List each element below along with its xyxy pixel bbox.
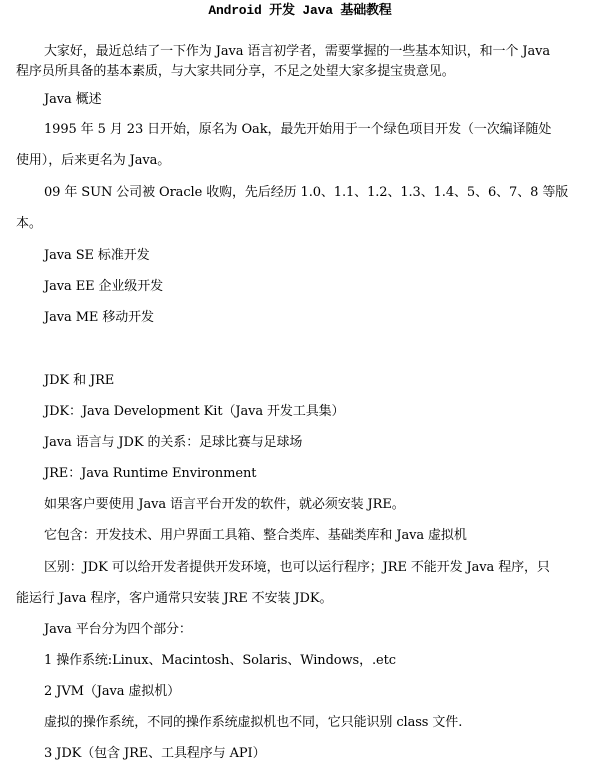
text-line: 能运行 Java 程序，客户通常只安装 JRE 不安装 JDK。 (16, 590, 332, 608)
text-line: Java 概述 (44, 91, 102, 109)
text-line: 本。 (16, 215, 42, 233)
text-line: 大家好，最近总结了一下作为 Java 语言初学者，需要掌握的一些基本知识，和一个… (44, 43, 550, 61)
text-line: Java EE 企业级开发 (44, 278, 163, 296)
text-line: 1995 年 5 月 23 日开始，原名为 Oak，最先开始用于一个绿色项目开发… (44, 121, 551, 139)
text-line: Java SE 标准开发 (44, 247, 150, 265)
text-line: 09 年 SUN 公司被 Oracle 收购，先后经历 1.0、1.1、1.2、… (44, 184, 568, 202)
text-line: 使用），后来更名为 Java。 (16, 152, 170, 170)
text-line: 2 JVM（Java 虚拟机） (44, 683, 180, 701)
document-title: Android 开发 Java 基础教程 (0, 2, 600, 20)
text-line: 区别：JDK 可以给开发者提供开发环境，也可以运行程序；JRE 不能开发 Jav… (44, 559, 550, 577)
text-line: JRE：Java Runtime Environment (44, 465, 256, 483)
document-page: Android 开发 Java 基础教程 大家好，最近总结了一下作为 Java … (0, 0, 600, 765)
text-line: 它包含：开发技术、用户界面工具箱、整合类库、基础类库和 Java 虚拟机 (44, 527, 467, 545)
text-line: 如果客户要使用 Java 语言平台开发的软件，就必须安装 JRE。 (44, 496, 405, 514)
text-line: JDK 和 JRE (44, 372, 114, 390)
text-line: 程序员所具备的基本素质，与大家共同分享，不足之处望大家多提宝贵意见。 (16, 63, 455, 81)
text-line: 1 操作系统:Linux、Macintosh、Solaris、Windows，.… (44, 652, 396, 670)
text-line: JDK：Java Development Kit（Java 开发工具集） (44, 403, 344, 421)
text-line: Java 语言与 JDK 的关系：足球比赛与足球场 (44, 434, 302, 452)
text-line: Java ME 移动开发 (44, 309, 154, 327)
text-line: Java 平台分为四个部分： (44, 621, 192, 639)
text-line: 虚拟的操作系统，不同的操作系统虚拟机也不同，它只能识别 class 文件. (44, 714, 462, 732)
text-line: 3 JDK（包含 JRE、工具程序与 API） (44, 745, 265, 763)
